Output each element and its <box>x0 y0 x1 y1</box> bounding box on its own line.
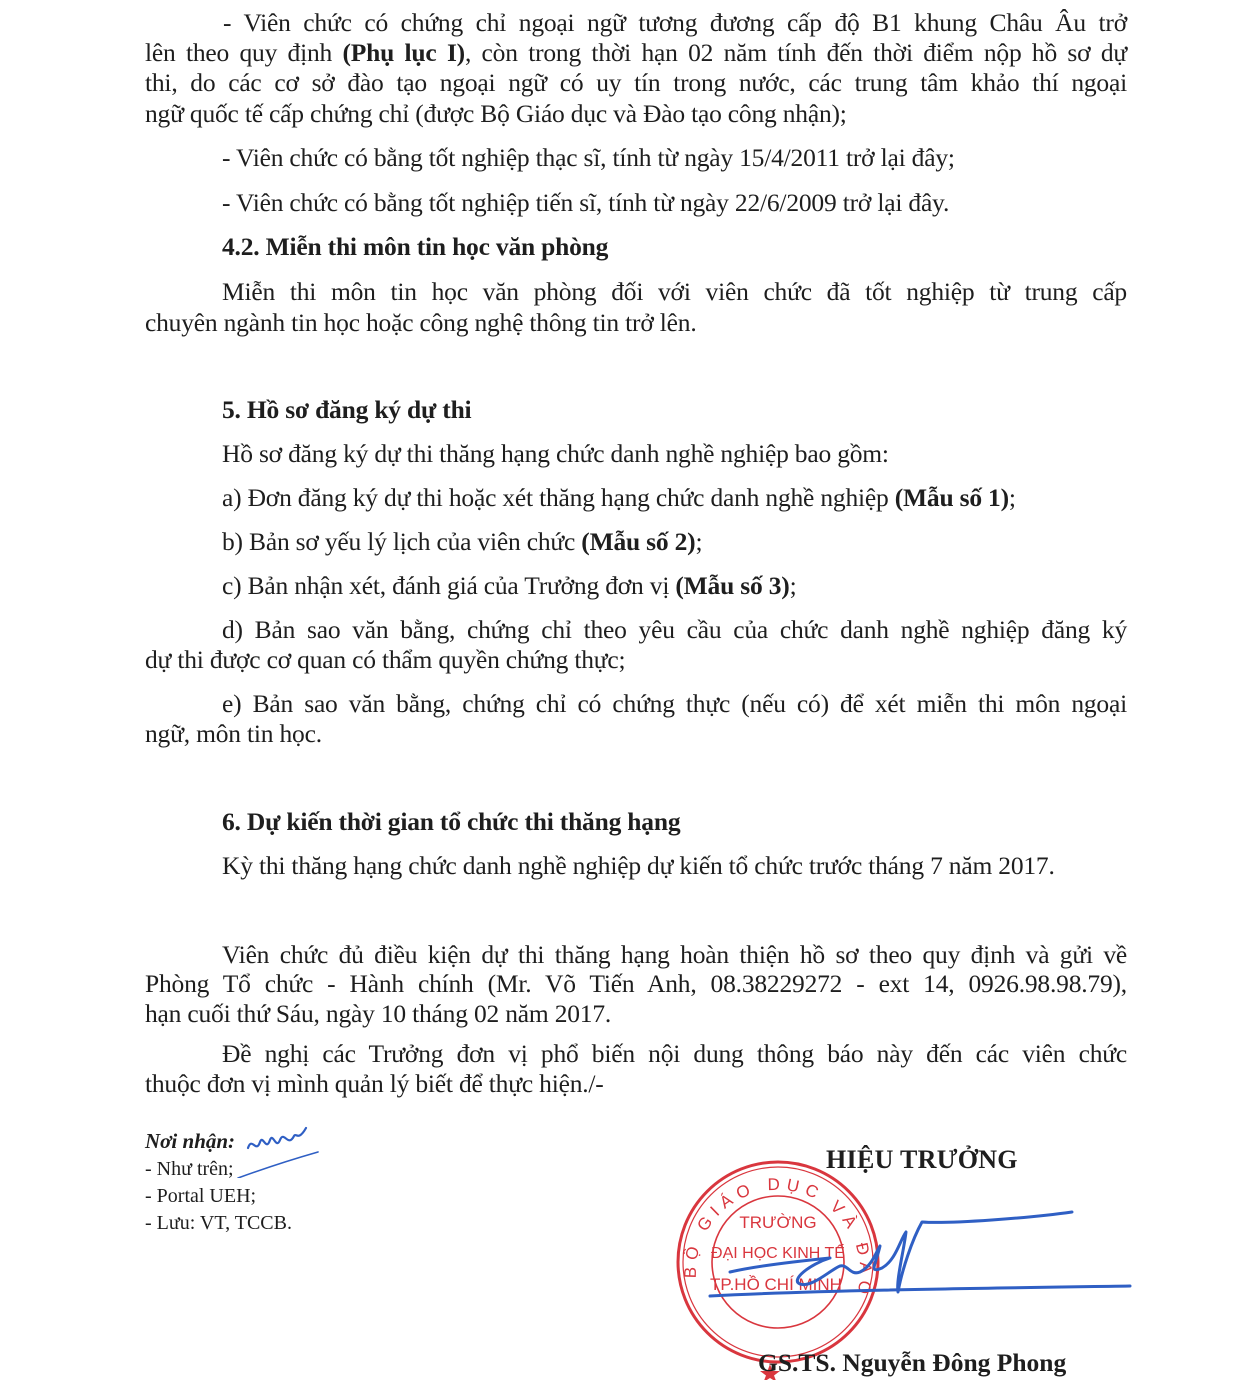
text: lên theo quy định <box>145 38 343 67</box>
list-item: b) Bản sơ yếu lý lịch của viên chức (Mẫu… <box>222 527 702 557</box>
form-ref: (Mẫu số 1) <box>895 483 1009 512</box>
text: c) Bản nhận xét, đánh giá của Trưởng đơn… <box>222 571 675 600</box>
text: ; <box>1009 483 1016 512</box>
signature-mark <box>700 1210 1140 1320</box>
appendix-ref: (Phụ lục I) <box>343 38 465 67</box>
paragraph-line: Miễn thi môn tin học văn phòng đối với v… <box>145 277 1127 307</box>
document-page: - Viên chức có chứng chỉ ngoại ngữ tương… <box>0 0 1240 1388</box>
paragraph-line: - Viên chức có chứng chỉ ngoại ngữ tương… <box>145 8 1127 38</box>
section-heading: 4.2. Miễn thi môn tin học văn phòng <box>222 232 608 262</box>
paragraph-line: Đề nghị các Trưởng đơn vị phổ biến nội d… <box>145 1039 1127 1069</box>
initials-mark <box>210 1118 330 1178</box>
text: a) Đơn đăng ký dự thi hoặc xét thăng hạn… <box>222 483 895 512</box>
list-item: a) Đơn đăng ký dự thi hoặc xét thăng hạn… <box>222 483 1016 513</box>
recipient-item: - Portal UEH; <box>145 1183 256 1210</box>
paragraph-line: Kỳ thi thăng hạng chức danh nghề nghiệp … <box>222 851 1055 881</box>
form-ref: (Mẫu số 3) <box>675 571 789 600</box>
text: ; <box>790 571 797 600</box>
form-ref: (Mẫu số 2) <box>581 527 695 556</box>
list-item: d) Bản sao văn bằng, chứng chỉ theo yêu … <box>145 615 1127 645</box>
paragraph-line: lên theo quy định (Phụ lục I), còn trong… <box>145 38 1127 68</box>
paragraph-line: chuyên ngành tin học hoặc công nghệ thôn… <box>145 308 697 338</box>
signatory-name: GS.TS. Nguyễn Đông Phong <box>758 1348 1066 1378</box>
paragraph-line: Phòng Tổ chức - Hành chính (Mr. Võ Tiến … <box>145 969 1127 999</box>
paragraph-line: thuộc đơn vị mình quản lý biết để thực h… <box>145 1069 604 1099</box>
text: b) Bản sơ yếu lý lịch của viên chức <box>222 527 581 556</box>
text: - Viên chức có chứng chỉ ngoại ngữ tương… <box>223 8 1127 37</box>
text: , còn trong thời hạn 02 năm tính đến thờ… <box>465 38 1127 67</box>
paragraph-line: Viên chức đủ điều kiện dự thi thăng hạng… <box>145 940 1127 970</box>
text: d) Bản sao văn bằng, chứng chỉ theo yêu … <box>222 615 1127 644</box>
list-item: e) Bản sao văn bằng, chứng chỉ có chứng … <box>145 689 1127 719</box>
paragraph-line: dự thi được cơ quan có thẩm quyền chứng … <box>145 645 625 675</box>
text: Đề nghị các Trưởng đơn vị phổ biến nội d… <box>222 1039 1127 1068</box>
recipient-item: - Lưu: VT, TCCB. <box>145 1210 292 1237</box>
paragraph-line: thi, do các cơ sở đào tạo ngoại ngữ có u… <box>145 68 1127 98</box>
section-heading: 5. Hồ sơ đăng ký dự thi <box>222 395 471 425</box>
list-item: - Viên chức có bằng tốt nghiệp thạc sĩ, … <box>222 143 955 173</box>
list-item: - Viên chức có bằng tốt nghiệp tiến sĩ, … <box>222 188 949 218</box>
paragraph-line: ngữ, môn tin học. <box>145 719 322 749</box>
list-item: c) Bản nhận xét, đánh giá của Trưởng đơn… <box>222 571 796 601</box>
paragraph-line: ngữ quốc tế cấp chứng chỉ (được Bộ Giáo … <box>145 99 847 129</box>
section-heading: 6. Dự kiến thời gian tổ chức thi thăng h… <box>222 807 680 837</box>
text: ; <box>695 527 702 556</box>
paragraph-line: Hồ sơ đăng ký dự thi thăng hạng chức dan… <box>222 439 889 469</box>
text: e) Bản sao văn bằng, chứng chỉ có chứng … <box>222 689 1127 718</box>
text: Miễn thi môn tin học văn phòng đối với v… <box>222 277 1127 306</box>
text: Viên chức đủ điều kiện dự thi thăng hạng… <box>222 940 1127 969</box>
paragraph-line: hạn cuối thứ Sáu, ngày 10 tháng 02 năm 2… <box>145 999 611 1029</box>
